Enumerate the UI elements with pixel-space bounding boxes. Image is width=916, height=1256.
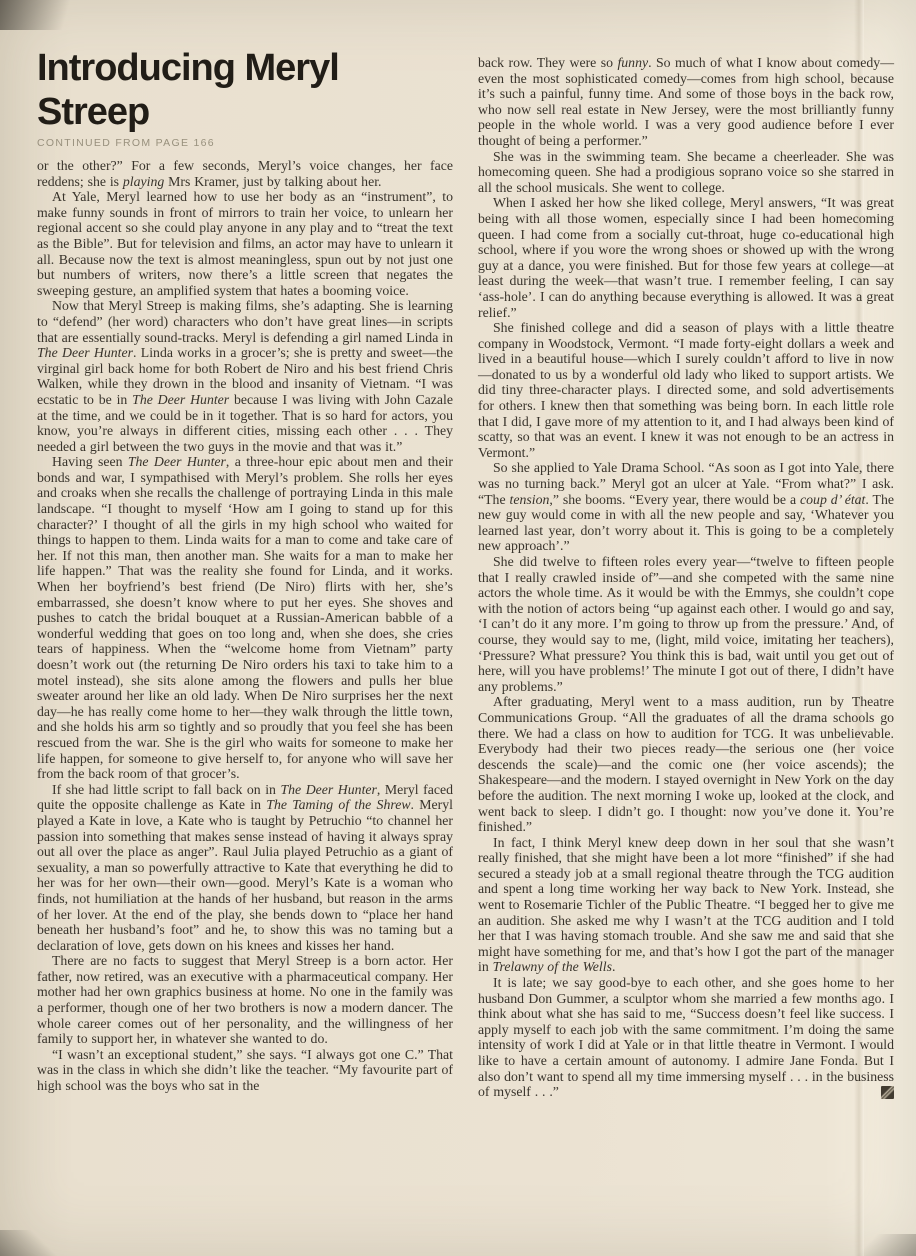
article-paragraph: Now that Meryl Streep is making films, s… bbox=[37, 298, 453, 454]
page-title: Introducing Meryl Streep bbox=[37, 46, 453, 134]
right-column-text: back row. They were so funny. So much of… bbox=[478, 55, 894, 1100]
article-paragraph: After graduating, Meryl went to a mass a… bbox=[478, 694, 894, 834]
article-paragraph: In fact, I think Meryl knew deep down in… bbox=[478, 835, 894, 975]
article-paragraph: Having seen The Deer Hunter, a three-hou… bbox=[37, 454, 453, 781]
scan-corner-shadow-bottom-right bbox=[836, 1234, 916, 1256]
left-column-text: or the other?” For a few seconds, Meryl’… bbox=[37, 158, 453, 1094]
article-paragraph: She did twelve to fifteen roles every ye… bbox=[478, 554, 894, 694]
scan-corner-shadow-bottom-left bbox=[0, 1230, 70, 1256]
article-paragraph: It is late; we say good-bye to each othe… bbox=[478, 975, 894, 1100]
article-paragraph: When I asked her how she liked college, … bbox=[478, 195, 894, 320]
article-paragraph: back row. They were so funny. So much of… bbox=[478, 55, 894, 149]
article-columns: Introducing Meryl Streep CONTINUED FROM … bbox=[0, 0, 916, 1100]
right-column: back row. They were so funny. So much of… bbox=[478, 46, 894, 1100]
left-column: Introducing Meryl Streep CONTINUED FROM … bbox=[37, 46, 453, 1100]
article-paragraph: “I wasn’t an exceptional student,” she s… bbox=[37, 1047, 453, 1094]
article-paragraph: At Yale, Meryl learned how to use her bo… bbox=[37, 189, 453, 298]
magazine-page: Introducing Meryl Streep CONTINUED FROM … bbox=[0, 0, 916, 1256]
continued-from-note: CONTINUED FROM PAGE 166 bbox=[37, 137, 453, 149]
article-paragraph: She finished college and did a season of… bbox=[478, 320, 894, 460]
end-of-article-icon bbox=[881, 1086, 894, 1099]
article-paragraph: So she applied to Yale Drama School. “As… bbox=[478, 460, 894, 554]
article-paragraph: If she had little script to fall back on… bbox=[37, 782, 453, 954]
article-paragraph: She was in the swimming team. She became… bbox=[478, 149, 894, 196]
article-header: Introducing Meryl Streep CONTINUED FROM … bbox=[37, 46, 453, 149]
article-paragraph: or the other?” For a few seconds, Meryl’… bbox=[37, 158, 453, 189]
article-paragraph: There are no facts to suggest that Meryl… bbox=[37, 953, 453, 1047]
